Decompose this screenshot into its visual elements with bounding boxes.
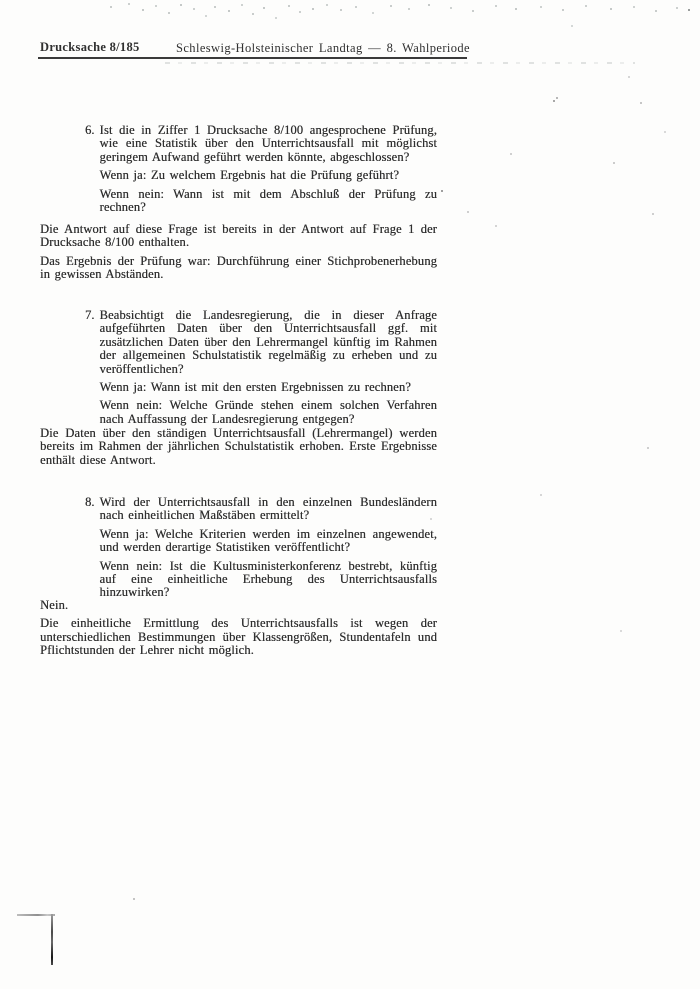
answer-6-paragraph-2: Das Ergebnis der Prüfung war: Durchführu…: [40, 255, 437, 282]
question-6-number: 6.: [85, 124, 94, 137]
question-6-wenn-nein: Wenn nein: Wann ist mit dem Abschluß der…: [100, 188, 438, 215]
question-8-wenn-nein: Wenn nein: Ist die Kultusministerkonfere…: [100, 560, 438, 600]
scan-smudge-under-rule: [165, 62, 635, 64]
header-rule: [38, 57, 467, 59]
question-7-body: Beabsichtigt die Landesregierung, die in…: [100, 309, 438, 426]
question-7-number: 7.: [85, 309, 94, 322]
question-6-wenn-ja: Wenn ja: Zu welchem Ergebnis hat die Prü…: [100, 169, 438, 182]
question-8-body: Wird der Unterrichtsausfall in den einze…: [100, 496, 438, 600]
question-6-text: Ist die in Ziffer 1 Drucksache 8/100 ang…: [100, 124, 438, 164]
document-page: Drucksache 8/185 Schleswig-Holsteinische…: [0, 0, 700, 989]
answer-block-7: Die Daten über den ständigen Unterrichts…: [40, 427, 437, 467]
corner-mark-horizontal: [17, 914, 55, 916]
question-8-number: 8.: [85, 496, 94, 509]
question-block-8: 8. Wird der Unterrichtsausfall in den ei…: [85, 496, 437, 600]
document-number: Drucksache 8/185: [40, 40, 140, 55]
question-6-body: Ist die in Ziffer 1 Drucksache 8/100 ang…: [100, 124, 438, 214]
question-7-wenn-ja: Wenn ja: Wann ist mit den ersten Ergebni…: [100, 381, 438, 394]
answer-block-8: Nein. Die einheitliche Ermittlung des Un…: [40, 599, 437, 658]
answer-8-paragraph-2: Die einheitliche Ermittlung des Unterric…: [40, 617, 437, 657]
answer-8-paragraph-1: Nein.: [40, 599, 437, 612]
question-7-text: Beabsichtigt die Landesregierung, die in…: [100, 309, 438, 376]
answer-7-paragraph-1: Die Daten über den ständigen Unterrichts…: [40, 427, 437, 467]
question-block-7: 7. Beabsichtigt die Landesregierung, die…: [85, 309, 437, 426]
scan-noise-scatter: [0, 0, 2, 2]
answer-6-paragraph-1: Die Antwort auf diese Frage ist bereits …: [40, 223, 437, 250]
question-block-6: 6. Ist die in Ziffer 1 Drucksache 8/100 …: [85, 124, 437, 214]
answer-block-6: Die Antwort auf diese Frage ist bereits …: [40, 223, 437, 282]
question-8-wenn-ja: Wenn ja: Welche Kriterien werden im einz…: [100, 528, 438, 555]
question-8-text: Wird der Unterrichtsausfall in den einze…: [100, 496, 438, 523]
header-title: Schleswig-Holsteinischer Landtag — 8. Wa…: [176, 41, 470, 56]
corner-mark-vertical: [51, 914, 53, 965]
question-7-wenn-nein: Wenn nein: Welche Gründe stehen einem so…: [100, 399, 438, 426]
